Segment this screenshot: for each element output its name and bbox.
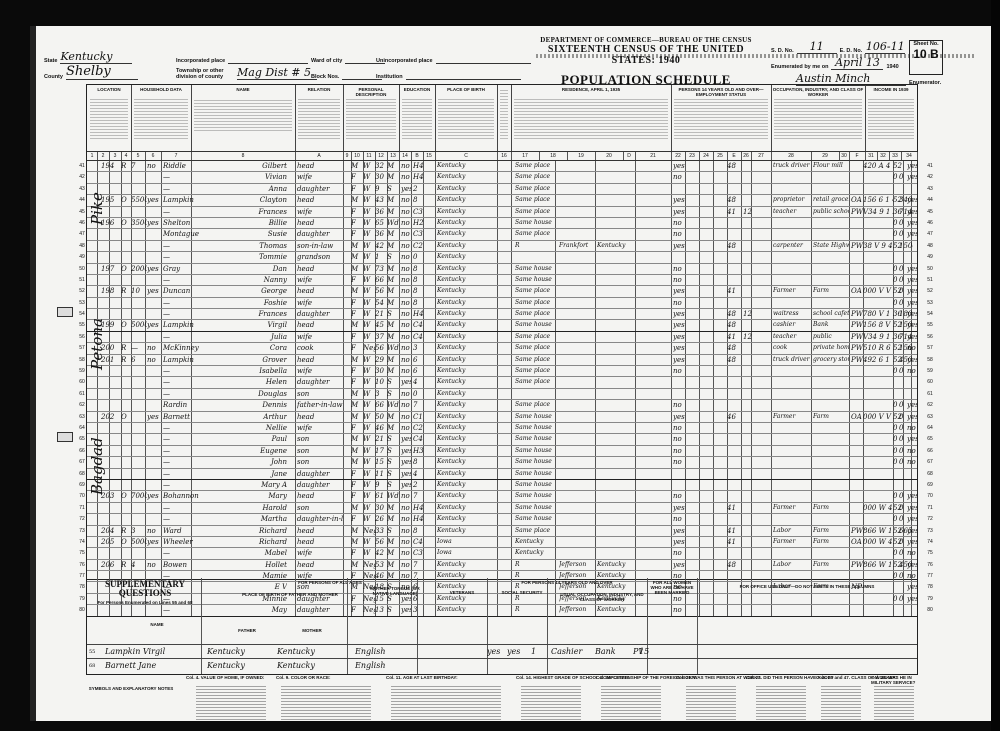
- cell-relation: wife: [297, 207, 343, 217]
- cell-res-city: Jefferson: [559, 560, 595, 570]
- note-col4: [196, 684, 266, 720]
- cell-birthplace: Kentucky: [437, 241, 495, 251]
- column-number: 28: [771, 152, 812, 160]
- cell-industry: [813, 491, 849, 501]
- table-row: 6666—EugenesonMW17SyesH3KentuckySame hou…: [87, 446, 917, 457]
- cell-occupation: [773, 548, 811, 558]
- cell-grade: 8: [413, 195, 425, 205]
- block-field: Block Nos.: [311, 68, 382, 80]
- cell-emp: [673, 377, 687, 387]
- cell-emp: no: [673, 423, 687, 433]
- cell-marital: M: [387, 560, 399, 570]
- cell-house: [101, 298, 119, 308]
- cell-own: [121, 184, 131, 194]
- column-number: 18: [539, 152, 568, 160]
- cell-given: Grover: [207, 355, 287, 365]
- cell-sex: F: [351, 514, 361, 524]
- cell-res1935: Same house: [515, 480, 555, 490]
- cell-relation: son-in-law: [297, 241, 343, 251]
- cell-farm: [147, 469, 161, 479]
- cell-occupation: [773, 491, 811, 501]
- cell-code: [863, 548, 893, 558]
- line-number-right: 54: [923, 309, 937, 319]
- line-number: 67: [75, 457, 89, 467]
- cell-farm: [147, 389, 161, 399]
- cell-surname: Lampkin: [163, 195, 203, 205]
- cell-own: O: [121, 412, 131, 422]
- cell-relation: grandson: [297, 252, 343, 262]
- cell-grade: 0: [413, 389, 425, 399]
- table-row: 5454—FrancesdaughterFW21SnoH4KentuckySam…: [87, 309, 917, 320]
- cell-value: [131, 423, 147, 433]
- cell-other: no: [907, 446, 917, 456]
- cell-own: R: [121, 286, 131, 296]
- cell-surname: —: [163, 446, 203, 456]
- cell-house: [101, 423, 119, 433]
- cell-race: W: [363, 195, 375, 205]
- table-row: 7070203O7000yesBohannonMaryheadFW61Wdno7…: [87, 491, 917, 502]
- cell-sex: F: [351, 491, 361, 501]
- cell-school: no: [401, 412, 411, 422]
- supp-cell-occupation: Cashier: [551, 647, 593, 657]
- cell-value: [131, 434, 147, 444]
- cell-res1935: Same place: [515, 355, 555, 365]
- cell-value: 5500: [131, 195, 147, 205]
- cell-hours: 48: [727, 343, 741, 353]
- cell-surname: —: [163, 309, 203, 319]
- cell-birthplace: Kentucky: [437, 161, 495, 171]
- cell-house: 202: [101, 412, 119, 422]
- cell-school: no: [401, 195, 411, 205]
- cell-birthplace: Kentucky: [437, 252, 495, 262]
- cell-relation: daughter: [297, 309, 343, 319]
- line-number: 46: [75, 218, 89, 228]
- cell-other: yes: [907, 332, 917, 342]
- cell-occupation: [773, 400, 811, 410]
- cell-value: [131, 400, 147, 410]
- note-col16: [601, 684, 661, 720]
- cell-code: [863, 184, 893, 194]
- cell-surname: Ward: [163, 526, 203, 536]
- cell-emp: no: [673, 434, 687, 444]
- street-label-pike: Pike: [88, 192, 106, 225]
- line-number-right: 68: [923, 469, 937, 479]
- cell-given: Mabel: [207, 548, 287, 558]
- line-number: 66: [75, 446, 89, 456]
- column-number: E: [727, 152, 742, 160]
- column-number: 21: [635, 152, 672, 160]
- cell-house: [101, 400, 119, 410]
- cell-res1935: Same house: [515, 434, 555, 444]
- cell-res1935: Same house: [515, 503, 555, 513]
- line-number-right: 70: [923, 491, 937, 501]
- cell-grade: 7: [413, 491, 425, 501]
- cell-sex: M: [351, 320, 361, 330]
- cell-marital: S: [387, 389, 399, 399]
- cell-house: [101, 275, 119, 285]
- cell-marital: Wd: [387, 343, 399, 353]
- table-row: 7474205O5000yesWheelerRichardheadMW56Mno…: [87, 537, 917, 548]
- cell-age: 65: [375, 218, 387, 228]
- cell-surname: —: [163, 457, 203, 467]
- cell-sex: M: [351, 412, 361, 422]
- cell-cit: [499, 161, 509, 171]
- cell-marital: S: [387, 526, 399, 536]
- cell-house: [101, 241, 119, 251]
- cell-birthplace: Kentucky: [437, 446, 495, 456]
- supp-cell-line: 55: [89, 647, 101, 657]
- cell-farm: [147, 423, 161, 433]
- cell-cow: PW: [851, 560, 863, 570]
- line-number: 52: [75, 286, 89, 296]
- supp-cell-occupation: [551, 661, 593, 671]
- cell-cow: PW: [851, 309, 863, 319]
- cell-industry: grocery store: [813, 355, 849, 365]
- cell-marital: M: [387, 503, 399, 513]
- cell-occupation: Farmer: [773, 503, 811, 513]
- cell-value: 5000: [131, 320, 147, 330]
- cell-given: Thomas: [207, 241, 287, 251]
- cell-sex: F: [351, 343, 361, 353]
- cell-other: [907, 184, 917, 194]
- cell-occupation: cashier: [773, 320, 811, 330]
- cell-farm: [147, 298, 161, 308]
- cell-race: W: [363, 457, 375, 467]
- cell-value: [131, 309, 147, 319]
- cell-surname: —: [163, 389, 203, 399]
- line-number-right: 64: [923, 423, 937, 433]
- cell-res1935: [515, 389, 555, 399]
- cell-occupation: [773, 480, 811, 490]
- cell-occupation: [773, 514, 811, 524]
- cell-value: [131, 229, 147, 239]
- cell-own: R: [121, 343, 131, 353]
- cell-birthplace: Kentucky: [437, 172, 495, 182]
- cell-given: Cora: [207, 343, 287, 353]
- cell-race: W: [363, 412, 375, 422]
- cell-value: 6: [131, 355, 147, 365]
- cell-code: [863, 252, 893, 262]
- cell-surname: —: [163, 480, 203, 490]
- cell-sex: F: [351, 172, 361, 182]
- cell-emp: no: [673, 264, 687, 274]
- cell-relation: son: [297, 434, 343, 444]
- cell-emp: no: [673, 446, 687, 456]
- line-number-right: 57: [923, 343, 937, 353]
- cell-house: [101, 377, 119, 387]
- cell-sex: F: [351, 218, 361, 228]
- cell-occupation: [773, 377, 811, 387]
- cell-occupation: [773, 298, 811, 308]
- supp-cell-industry: Bank: [595, 647, 631, 657]
- cell-value: [131, 172, 147, 182]
- cell-age: 50: [375, 412, 387, 422]
- cell-age: 36: [375, 207, 387, 217]
- cell-code: V34 9 1 2: [863, 332, 893, 342]
- cell-res1935: Same place: [515, 229, 555, 239]
- cell-marital: S: [387, 184, 399, 194]
- cell-school: yes: [401, 480, 411, 490]
- cell-code: 000 W 4: [863, 503, 893, 513]
- supp-cell-ss1: [487, 661, 503, 671]
- line-number: 69: [75, 480, 89, 490]
- supp-cell-code: [639, 661, 649, 671]
- cell-farm: yes: [147, 195, 161, 205]
- cell-farm: no: [147, 560, 161, 570]
- supp-header-persons-14: FOR PERSONS 14 YEARS OLD AND OVER: [487, 580, 647, 585]
- line-number: 42: [75, 172, 89, 182]
- cell-code: [863, 389, 893, 399]
- cell-res1935: Same house: [515, 514, 555, 524]
- cell-marital: M: [387, 320, 399, 330]
- cell-race: W: [363, 400, 375, 410]
- cell-res1935: Same house: [515, 457, 555, 467]
- line-number-right: 75: [923, 548, 937, 558]
- line-number: 45: [75, 207, 89, 217]
- cell-given: Paul: [207, 434, 287, 444]
- cell-own: [121, 377, 131, 387]
- cell-given: Harold: [207, 503, 287, 513]
- line-number-right: 80: [923, 605, 937, 615]
- cell-farm: [147, 229, 161, 239]
- cell-industry: Farm: [813, 537, 849, 547]
- cell-other: yes: [907, 298, 917, 308]
- cell-occupation: Labor: [773, 526, 811, 536]
- column-number: 29: [811, 152, 840, 160]
- cell-own: [121, 275, 131, 285]
- line-number-right: 45: [923, 207, 937, 217]
- cell-industry: [813, 423, 849, 433]
- supplementary-row: 68Barnett JaneKentuckyKentuckyEnglish: [87, 658, 917, 673]
- cell-code: [863, 446, 893, 456]
- cell-farm: [147, 184, 161, 194]
- note-col14: [521, 684, 581, 720]
- cell-occupation: [773, 229, 811, 239]
- line-number-right: 56: [923, 332, 937, 342]
- cell-code: 780 V 1 1: [863, 309, 893, 319]
- cell-given: Tommie: [207, 252, 287, 262]
- cell-sex: M: [351, 264, 361, 274]
- line-number-right: 48: [923, 241, 937, 251]
- cell-surname: —: [163, 184, 203, 194]
- cell-given: Mary A: [207, 480, 287, 490]
- column-number: 23: [685, 152, 700, 160]
- cell-birthplace: Kentucky: [437, 434, 495, 444]
- cell-own: [121, 172, 131, 182]
- cell-farm: [147, 309, 161, 319]
- cell-grade: 7: [413, 560, 425, 570]
- cell-emp: no: [673, 400, 687, 410]
- supplementary-questions: SUPPLEMENTARY QUESTIONS For Persons Enum…: [86, 578, 918, 675]
- cell-birthplace: Kentucky: [437, 275, 495, 285]
- line-number-right: 74: [923, 537, 937, 547]
- cell-grade: 3: [413, 343, 425, 353]
- cell-birthplace: Iowa: [437, 537, 495, 547]
- cell-relation: head: [297, 537, 343, 547]
- cell-race: W: [363, 446, 375, 456]
- cell-given: Mary: [207, 491, 287, 501]
- supp-header-usual-occ: USUAL OCCUPATION, INDUSTRY, AND CLASS OF…: [557, 592, 647, 602]
- cell-age: 56: [375, 537, 387, 547]
- line-number-right: 47: [923, 229, 937, 239]
- cell-cow: PW: [851, 207, 863, 217]
- cell-grade: H4: [413, 309, 425, 319]
- cell-other: [907, 469, 917, 479]
- cell-emp: [673, 252, 687, 262]
- cell-industry: [813, 298, 849, 308]
- cell-race: W: [363, 264, 375, 274]
- cell-surname: —: [163, 275, 203, 285]
- cell-farm: [147, 275, 161, 285]
- cell-grade: 6: [413, 355, 425, 365]
- cell-code: [863, 298, 893, 308]
- cell-marital: M: [387, 195, 399, 205]
- cell-relation: head: [297, 412, 343, 422]
- cell-value: 7000: [131, 491, 147, 501]
- supp-cell-mother: Kentucky: [277, 647, 341, 657]
- table-row: 5555199O5000yesLampkinVirgilheadMW45MnoC…: [87, 320, 917, 331]
- cell-value: [131, 469, 147, 479]
- sheet-number-box: Sheet No. 10 B: [909, 40, 943, 75]
- cell-res1935: Same house: [515, 320, 555, 330]
- cell-marital: S: [387, 377, 399, 387]
- cell-sex: M: [351, 355, 361, 365]
- cell-value: 5000: [131, 537, 147, 547]
- cell-code: [863, 264, 893, 274]
- census-title: SIXTEENTH CENSUS OF THE UNITED STATES: 1…: [536, 44, 756, 66]
- cell-occupation: waitress: [773, 309, 811, 319]
- cell-farm: yes: [147, 537, 161, 547]
- table-row: 4242—VivianwifeFW30MnoH4KentuckySame pla…: [87, 172, 917, 183]
- cell-house: [101, 172, 119, 182]
- cell-industry: [813, 377, 849, 387]
- cell-given: Richard: [207, 526, 287, 536]
- cell-surname: —: [163, 207, 203, 217]
- cell-marital: M: [387, 548, 399, 558]
- column-number: 25: [713, 152, 728, 160]
- line-number: 76: [75, 560, 89, 570]
- cell-farm: no: [147, 343, 161, 353]
- cell-other: yes: [907, 560, 917, 570]
- cell-value: [131, 332, 147, 342]
- cell-age: 11: [375, 469, 387, 479]
- supp-header-father: FATHER: [217, 628, 277, 633]
- cell-birthplace: Kentucky: [437, 560, 495, 570]
- table-row: 7171—HaroldsonMW30MnoH4KentuckySame hous…: [87, 503, 917, 514]
- cell-other: yes: [907, 400, 917, 410]
- table-row: 5959—IsabellawifeFW30Mno6KentuckySame pl…: [87, 366, 917, 377]
- cell-given: Susie: [207, 229, 287, 239]
- line-number-right: 59: [923, 366, 937, 376]
- cell-hours: 48: [727, 355, 741, 365]
- cell-value: 2000: [131, 264, 147, 274]
- table-row: 6565—PaulsonMW21SyesC4KentuckySame house…: [87, 434, 917, 445]
- cell-marital: S: [387, 252, 399, 262]
- cell-emp: no: [673, 172, 687, 182]
- cell-other: yes: [907, 229, 917, 239]
- cell-school: no: [401, 286, 411, 296]
- header-occupation: OCCUPATION, INDUSTRY, AND CLASS OF WORKE…: [771, 85, 866, 151]
- cell-emp: yes: [673, 195, 687, 205]
- cell-own: [121, 298, 131, 308]
- line-number: 62: [75, 400, 89, 410]
- cell-birthplace: Kentucky: [437, 309, 495, 319]
- line-number: 49: [75, 252, 89, 262]
- cell-school: no: [401, 400, 411, 410]
- cell-farm: [147, 332, 161, 342]
- cell-emp: yes: [673, 412, 687, 422]
- cell-relation: wife: [297, 423, 343, 433]
- cell-res1935: Same place: [515, 400, 555, 410]
- cell-school: no: [401, 560, 411, 570]
- cell-industry: [813, 514, 849, 524]
- note-col24: [756, 684, 806, 720]
- cell-school: no: [401, 491, 411, 501]
- table-row: 6363202OyesBarnettArthurheadMW50MnoC1Ken…: [87, 412, 917, 423]
- cell-occupation: [773, 184, 811, 194]
- cell-weeks: [743, 195, 755, 205]
- cell-given: Isabella: [207, 366, 287, 376]
- cell-school: no: [401, 355, 411, 365]
- note-col9: [281, 684, 371, 720]
- header-relation: RELATION: [295, 85, 344, 151]
- cell-house: 206: [101, 560, 119, 570]
- cell-surname: —: [163, 252, 203, 262]
- cell-farm: no: [147, 355, 161, 365]
- cell-res1935: Same house: [515, 264, 555, 274]
- cell-occupation: [773, 275, 811, 285]
- cell-grade: 8: [413, 457, 425, 467]
- cell-grade: C4: [413, 434, 425, 444]
- cell-birthplace: Kentucky: [437, 377, 495, 387]
- cell-marital: Wd: [387, 218, 399, 228]
- cell-relation: daughter: [297, 480, 343, 490]
- cell-own: [121, 366, 131, 376]
- cell-res-state: Kentucky: [597, 560, 633, 570]
- cell-code: [863, 172, 893, 182]
- supp-cell-ss2: [507, 661, 527, 671]
- table-row: 4141194R7noRiddleGilbertheadMW32MnoH4Ken…: [87, 161, 917, 172]
- cell-industry: [813, 469, 849, 479]
- cell-surname: —: [163, 241, 203, 251]
- cell-code: 156 6 1 4: [863, 195, 893, 205]
- cell-hours: [727, 172, 741, 182]
- column-number: 17: [511, 152, 540, 160]
- cell-surname: Barnett: [163, 412, 203, 422]
- cell-res1935: Same house: [515, 423, 555, 433]
- cell-marital: S: [387, 480, 399, 490]
- cell-res1935: Same house: [515, 469, 555, 479]
- cell-industry: [813, 184, 849, 194]
- line-number: 57: [75, 343, 89, 353]
- cell-house: 205: [101, 537, 119, 547]
- cell-code: V34 9 1 2: [863, 207, 893, 217]
- cell-age: 9: [375, 184, 387, 194]
- line-number-right: 61: [923, 389, 937, 399]
- cell-res1935: [515, 252, 555, 262]
- cell-other: no: [907, 366, 917, 376]
- cell-surname: —: [163, 423, 203, 433]
- cell-other: yes: [907, 355, 917, 365]
- line-number: 43: [75, 184, 89, 194]
- cell-birthplace: Kentucky: [437, 480, 495, 490]
- cell-age: 33: [375, 526, 387, 536]
- cell-surname: Rardin: [163, 400, 203, 410]
- cell-school: yes: [401, 457, 411, 467]
- cell-res1935: R: [515, 560, 555, 570]
- cell-own: O: [121, 264, 131, 274]
- cell-sex: M: [351, 389, 361, 399]
